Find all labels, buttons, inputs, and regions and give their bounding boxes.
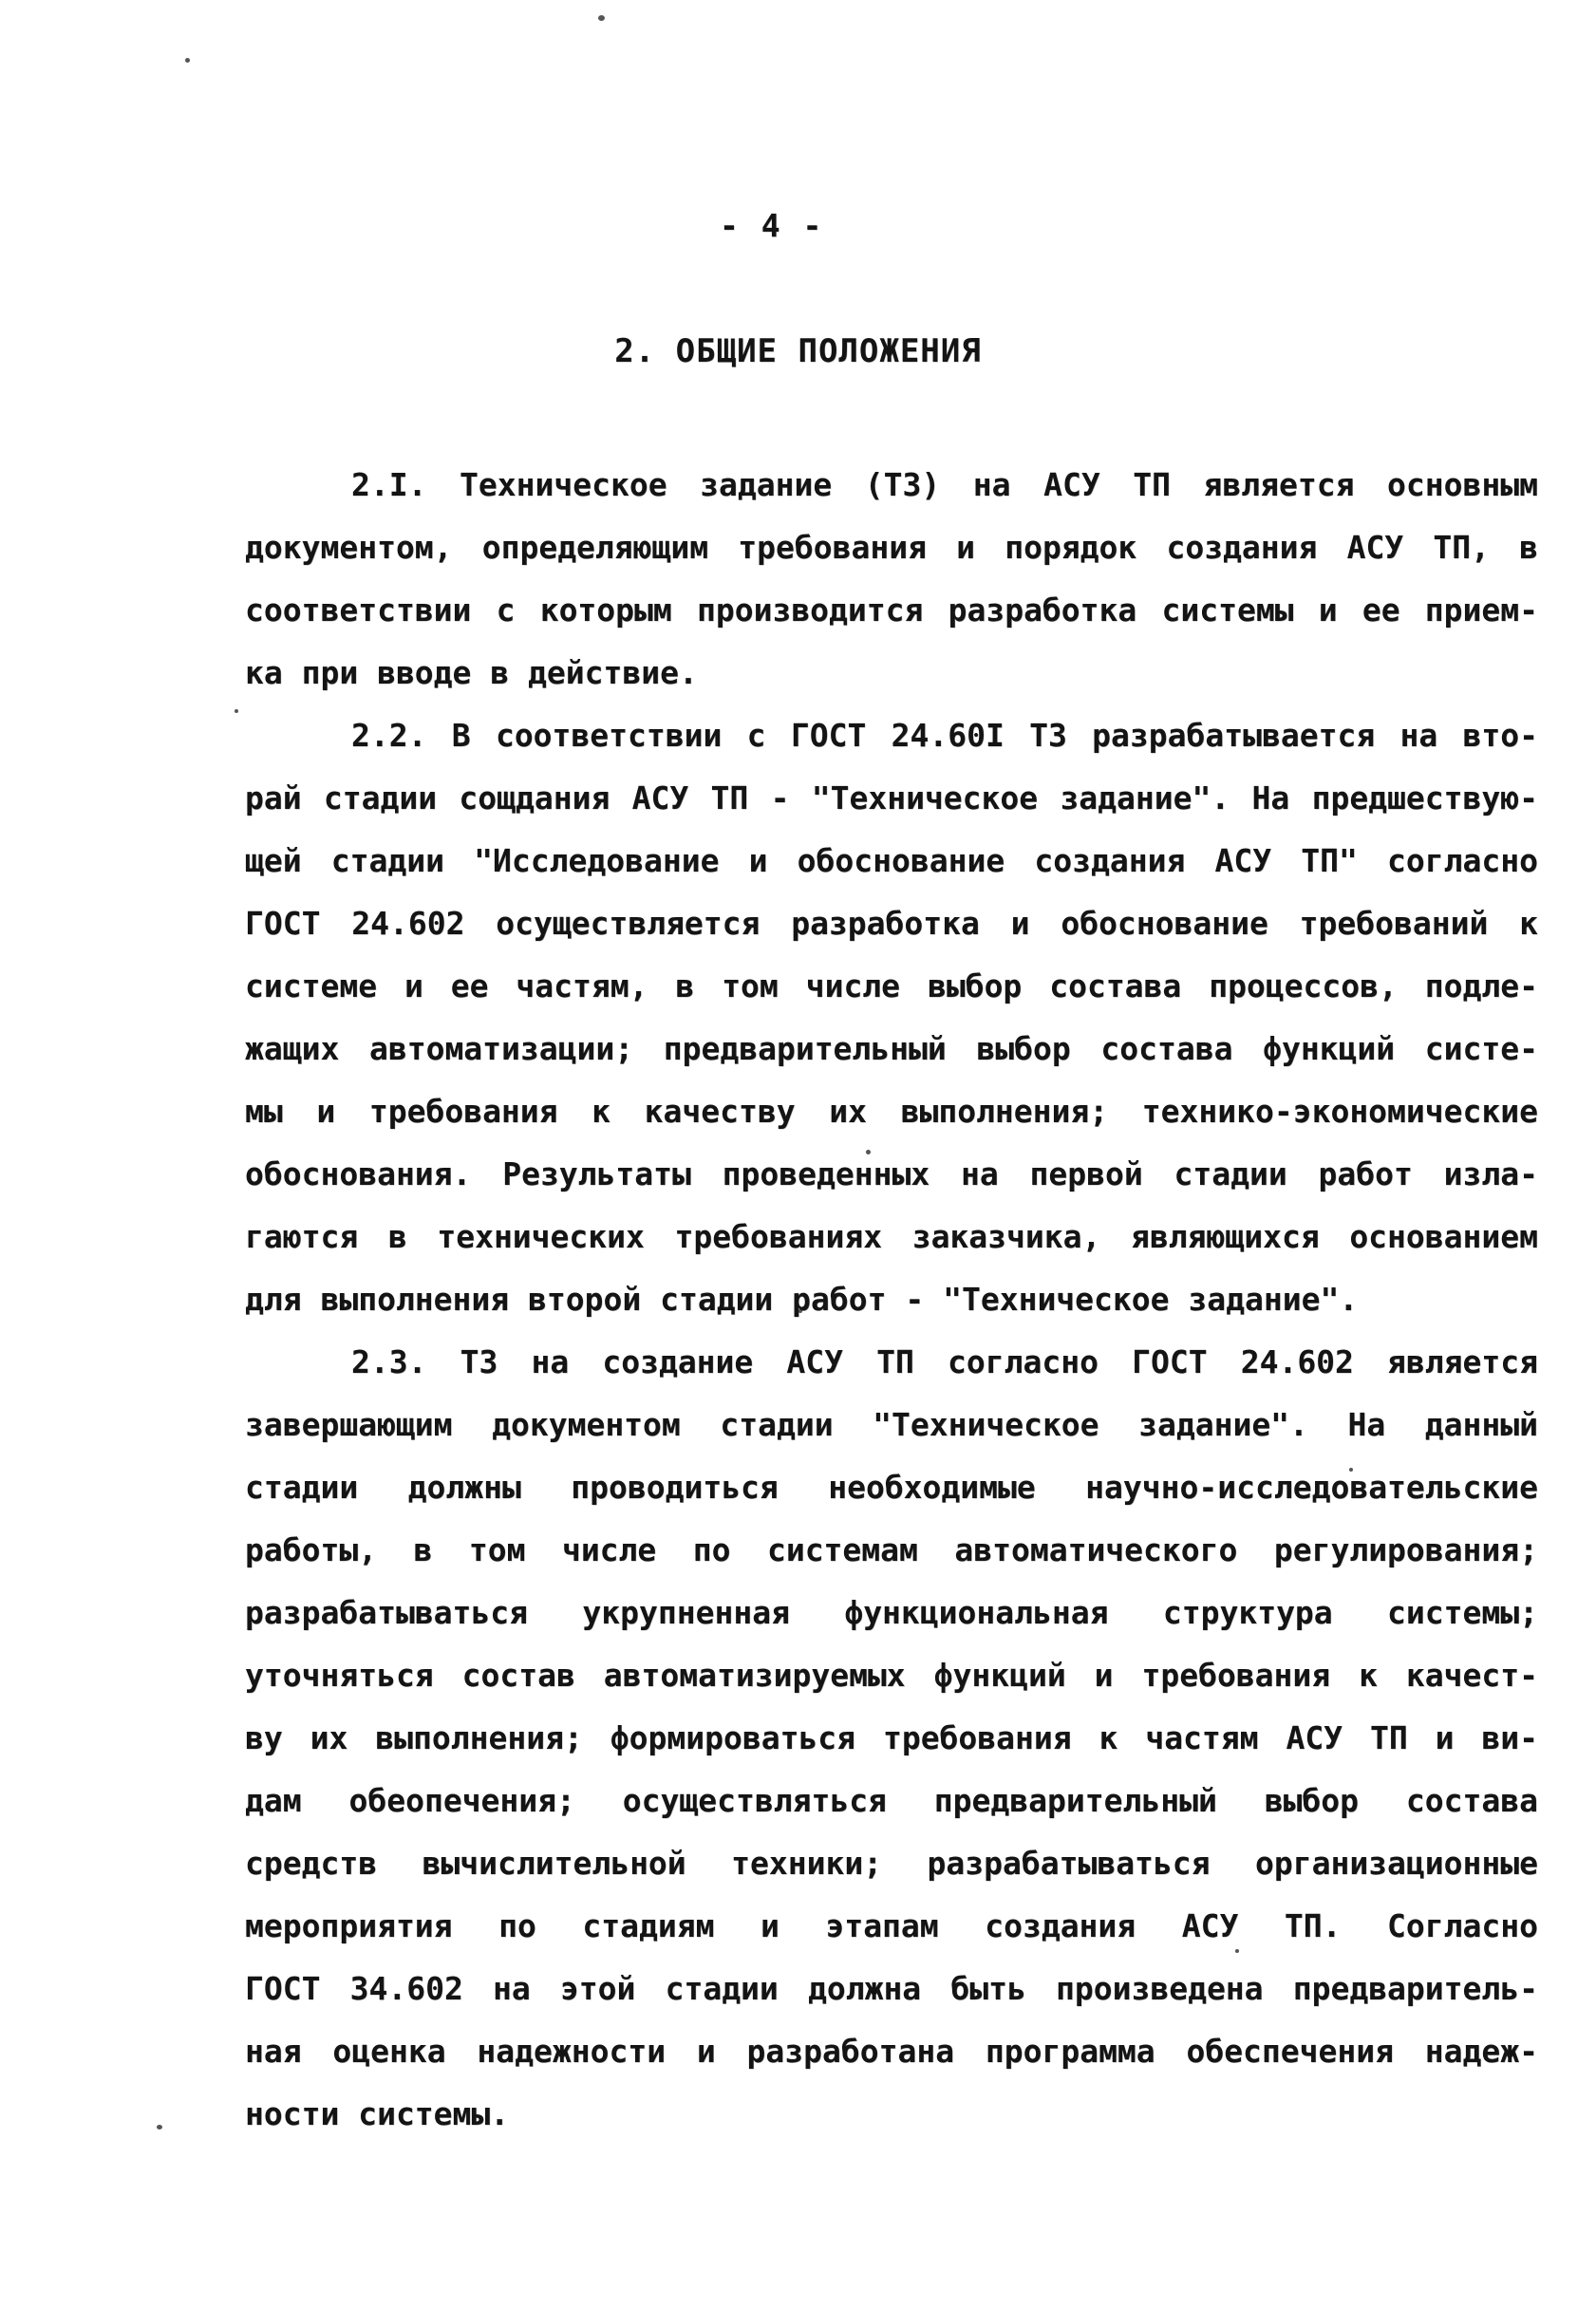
scan-speck [866,1150,871,1154]
text-line: 2.2. В соответствии с ГОСТ 24.60I ТЗ раз… [245,704,1538,767]
text-line: жащих автоматизации; предварительный выб… [245,1018,1538,1080]
paragraph: 2.I. Техническое задание (ТЗ) на АСУ ТП … [245,454,1538,704]
text-line: ГОСТ 34.602 на этой стадии должна быть п… [245,1958,1538,2020]
scan-speck [798,1309,802,1313]
text-line: для выполнения второй стадии работ - "Те… [245,1268,1538,1331]
text-line: ка при вводе в действие. [245,642,1538,704]
paragraph: 2.3. ТЗ на создание АСУ ТП согласно ГОСТ… [245,1331,1538,2146]
text-line: 2.I. Техническое задание (ТЗ) на АСУ ТП … [245,454,1538,516]
text-line: гаются в технических требованиях заказчи… [245,1206,1538,1268]
text-line: документом, определяющим требования и по… [245,516,1538,579]
text-line: ности системы. [245,2083,1538,2146]
text-line: завершающим документом стадии "Техническ… [245,1394,1538,1456]
section-heading: 2. ОБЩИЕ ПОЛОЖЕНИЯ [0,330,1596,372]
scan-speck [598,15,605,21]
text-line: средств вычислительной техники; разрабат… [245,1832,1538,1895]
text-line: разрабатываться укрупненная функциональн… [245,1582,1538,1644]
text-line: мероприятия по стадиям и этапам создания… [245,1895,1538,1958]
scan-speck [157,2125,162,2130]
scan-speck [185,58,190,63]
scan-speck [1235,1949,1239,1953]
text-line: рай стадии сощдания АСУ ТП - "Техническо… [245,767,1538,830]
text-line: ная оценка надежности и разработана прог… [245,2020,1538,2083]
text-line: обоснования. Результаты проведенных на п… [245,1143,1538,1206]
scan-speck [235,709,238,713]
text-line: системе и ее частям, в том числе выбор с… [245,955,1538,1018]
text-line: ГОСТ 24.602 осуществляется разработка и … [245,892,1538,955]
text-line: соответствии с которым производится разр… [245,579,1538,642]
text-line: щей стадии "Исследование и обоснование с… [245,830,1538,892]
text-line: стадии должны проводиться необходимые на… [245,1456,1538,1519]
document-body: 2.I. Техническое задание (ТЗ) на АСУ ТП … [245,454,1538,2146]
text-line: мы и требования к качеству их выполнения… [245,1080,1538,1143]
page-number: - 4 - [720,207,823,245]
document-page: - 4 - 2. ОБЩИЕ ПОЛОЖЕНИЯ 2.I. Техническо… [0,0,1596,2308]
text-line: дам обеопечения; осуществляться предвари… [245,1770,1538,1832]
paragraph: 2.2. В соответствии с ГОСТ 24.60I ТЗ раз… [245,704,1538,1331]
scan-speck [1349,1468,1353,1472]
text-line: уточняться состав автоматизируемых функц… [245,1644,1538,1707]
text-line: 2.3. ТЗ на создание АСУ ТП согласно ГОСТ… [245,1331,1538,1394]
text-line: ву их выполнения; формироваться требован… [245,1707,1538,1770]
text-line: работы, в том числе по системам автомати… [245,1519,1538,1582]
